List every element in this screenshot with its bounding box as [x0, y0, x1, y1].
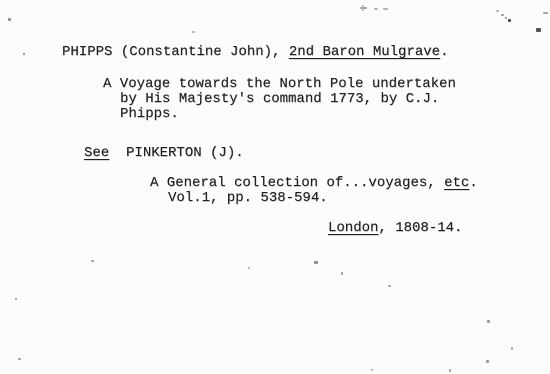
scan-speck — [487, 320, 490, 323]
underlined-text-segment: London — [328, 220, 378, 236]
scan-speck — [18, 358, 21, 360]
text-segment: by His Majesty's command 1773, by C.J. — [120, 91, 439, 107]
catalog-card: PHIPPS (Constantine John), 2nd Baron Mul… — [0, 0, 550, 374]
scan-speck — [91, 260, 94, 262]
card-line-imprint: London, 1808-14. — [328, 221, 462, 236]
underlined-text-segment: etc — [444, 175, 469, 191]
scan-speck — [341, 272, 343, 275]
text-segment: A Voyage towards the North Pole undertak… — [103, 76, 456, 92]
card-line-see-reference: See PINKERTON (J). — [84, 146, 244, 161]
text-segment: A General collection of...voyages, — [150, 175, 444, 191]
scan-speck — [505, 17, 507, 19]
text-segment: , 1808-14. — [378, 220, 462, 236]
scan-speck — [536, 28, 541, 32]
scan-speck — [501, 14, 504, 16]
text-segment: . — [469, 175, 477, 191]
scan-speck — [23, 53, 25, 55]
card-line-volume-pages: Vol.1, pp. 538-594. — [168, 191, 328, 206]
scan-speck — [374, 8, 378, 10]
scan-speck — [543, 12, 548, 14]
scan-speck — [508, 19, 511, 22]
scan-speck — [248, 267, 250, 269]
scan-speck — [8, 18, 11, 21]
card-line-title-3: Phipps. — [120, 107, 179, 122]
scan-speck — [383, 8, 388, 10]
scan-speck — [362, 5, 364, 11]
text-segment: . — [440, 44, 448, 60]
scan-speck — [511, 347, 513, 350]
text-segment: Phipps. — [120, 106, 179, 122]
underlined-text-segment: 2nd Baron Mulgrave — [289, 44, 440, 60]
card-line-collection: A General collection of...voyages, etc. — [150, 176, 478, 191]
text-segment: PINKERTON (J). — [109, 145, 243, 161]
scan-speck — [449, 369, 451, 372]
scan-speck — [314, 261, 318, 264]
scan-speck — [371, 369, 373, 371]
card-line-title-1: A Voyage towards the North Pole undertak… — [103, 77, 456, 92]
card-line-heading: PHIPPS (Constantine John), 2nd Baron Mul… — [62, 45, 448, 60]
text-segment: Vol.1, pp. 538-594. — [168, 190, 328, 206]
card-line-title-2: by His Majesty's command 1773, by C.J. — [120, 92, 439, 107]
scan-speck — [15, 298, 17, 300]
scan-speck — [496, 10, 499, 12]
scan-speck — [486, 360, 489, 363]
scan-speck — [360, 7, 367, 9]
scan-speck — [192, 31, 195, 33]
scan-speck — [388, 285, 391, 287]
underlined-text-segment: See — [84, 145, 109, 161]
text-segment: PHIPPS (Constantine John), — [62, 44, 289, 60]
